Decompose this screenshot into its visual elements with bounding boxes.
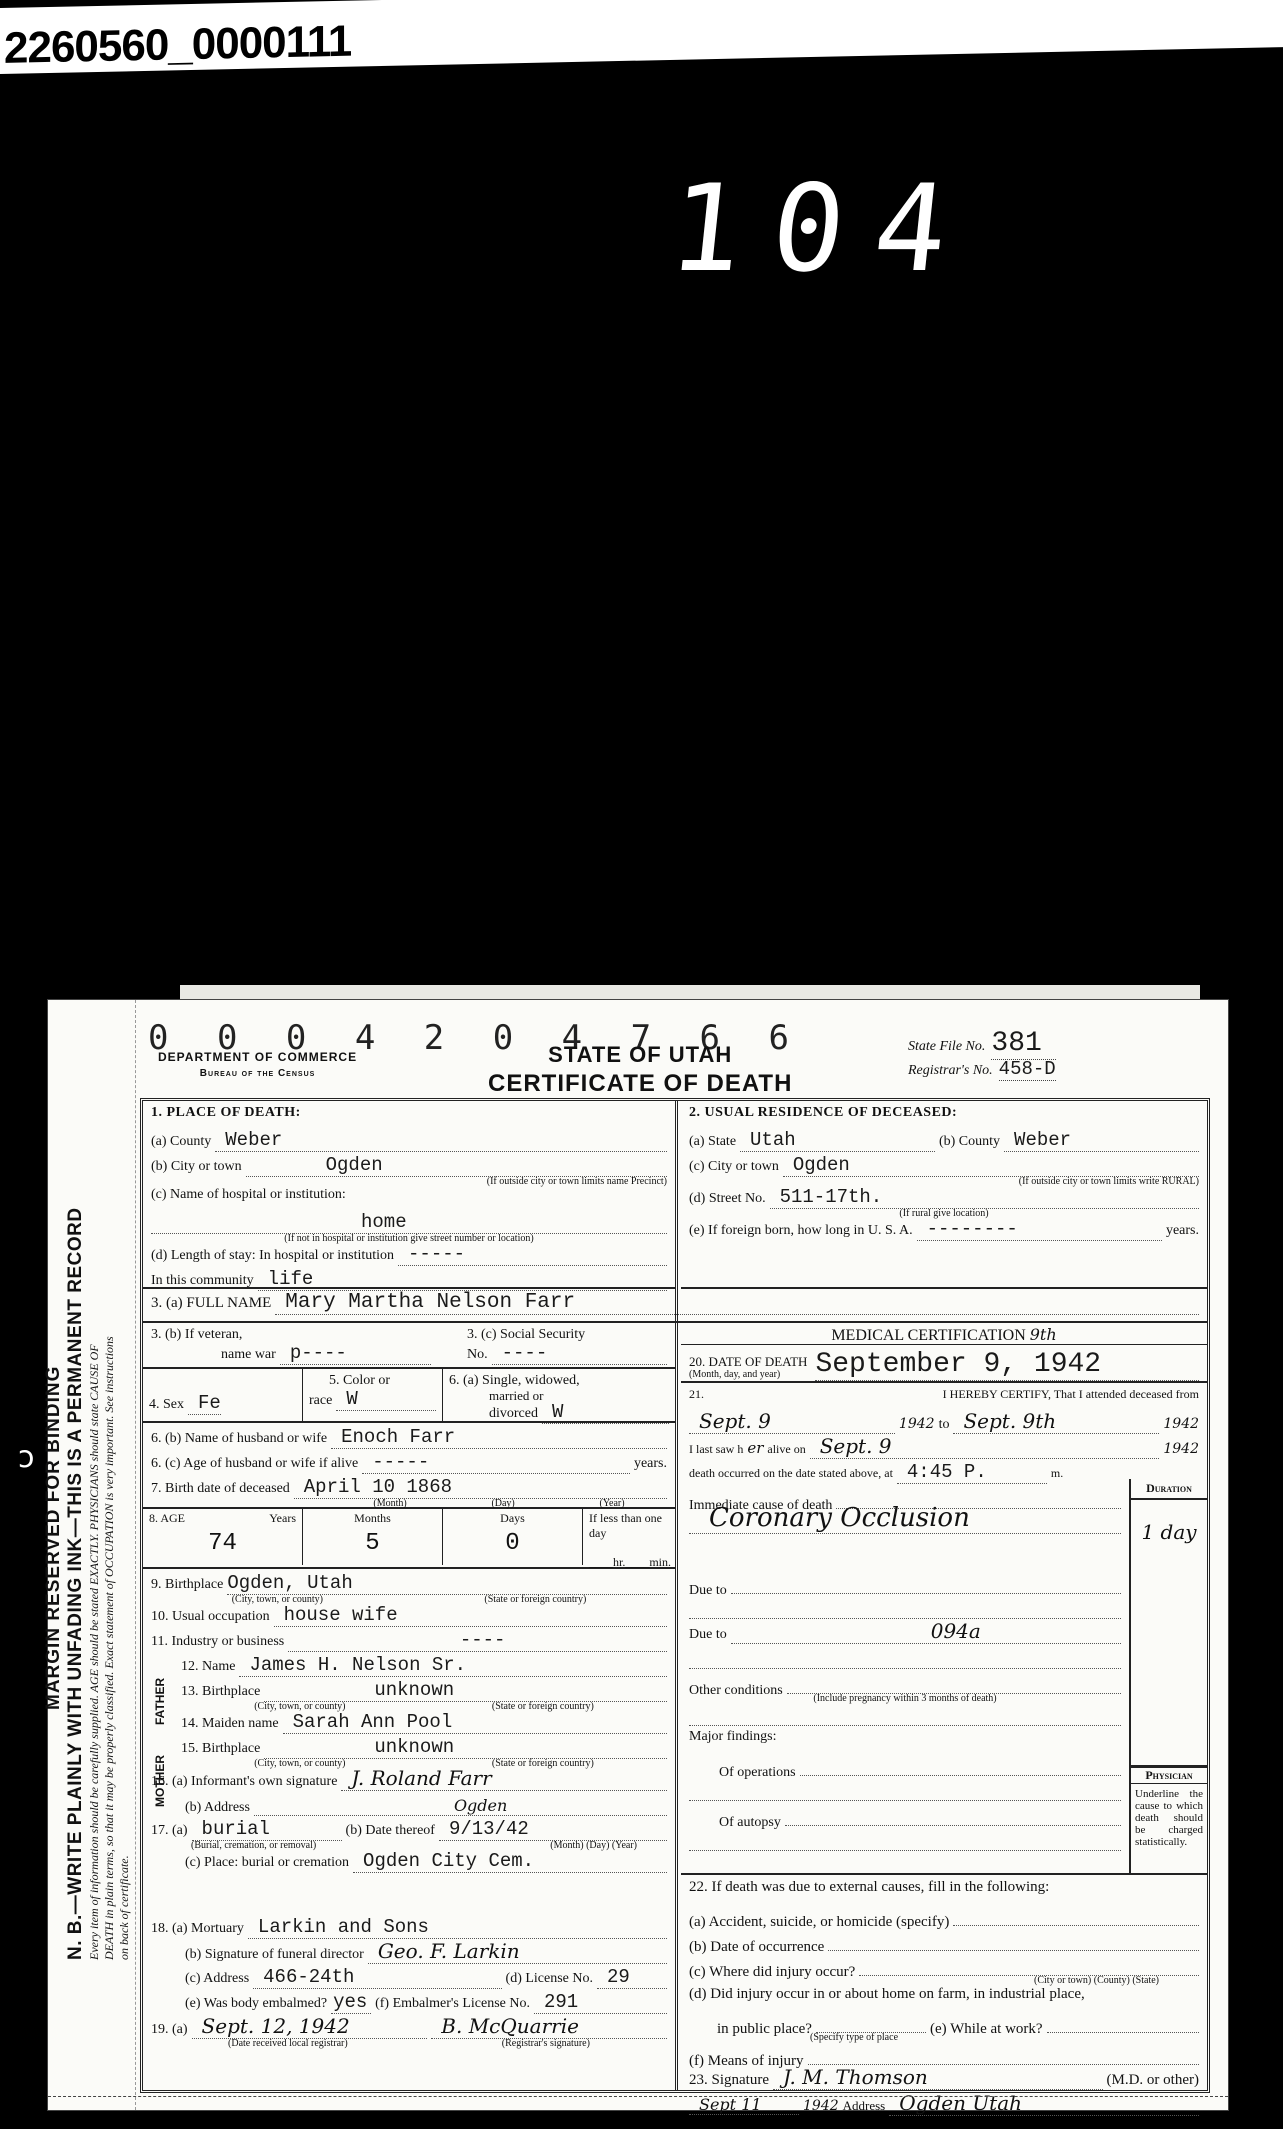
- disposition-date: 9/13/42: [449, 1818, 529, 1840]
- signature-label: 23. Signature: [689, 2072, 769, 2089]
- death-hospital: home: [361, 1211, 407, 1233]
- res-county: Weber: [1014, 1129, 1071, 1151]
- title-block: STATE OF UTAH CERTIFICATE OF DEATH: [488, 1042, 792, 1098]
- spouse-age-unit: years.: [634, 1456, 667, 1472]
- city-note: (If outside city or town limits name Pre…: [151, 1176, 667, 1187]
- embalmed: yes: [333, 1991, 367, 2013]
- cause-code: 094a: [931, 1619, 981, 1643]
- license-label: (d) License No.: [506, 1971, 593, 1987]
- attended-to-label: to: [939, 1417, 950, 1433]
- director-signature: Geo. F. Larkin: [378, 1939, 520, 1963]
- cause-duration: 1 day: [1131, 1520, 1207, 1544]
- death-city: Ogden: [326, 1154, 383, 1176]
- other-conditions-label: Other conditions: [689, 1683, 783, 1699]
- due-to-2-label: Due to: [689, 1627, 727, 1643]
- embalmed-label: (e) Was body embalmed?: [185, 1996, 327, 2012]
- signature-suffix: (M.D. or other): [1107, 2072, 1199, 2089]
- age-less-label: If less than one day: [589, 1511, 671, 1541]
- certify-text: I HEREBY CERTIFY, That I attended deceas…: [943, 1387, 1199, 1402]
- right-column: 2. USUAL RESIDENCE OF DECEASED: (a) Stat…: [681, 1101, 1207, 2090]
- attended-from-year: 1942: [899, 1416, 935, 1432]
- sex-label: 4. Sex: [149, 1397, 184, 1413]
- registrar-label: Registrar's No.: [908, 1063, 993, 1079]
- age-label: 8. AGE: [149, 1511, 185, 1526]
- full-name-label: 3. (a) FULL NAME: [151, 1295, 271, 1312]
- immediate-cause: Coronary Occlusion: [709, 1503, 970, 1533]
- medical-heading-row: MEDICAL CERTIFICATION 9th: [681, 1323, 1207, 1345]
- external-e: (e) While at work?: [930, 2021, 1043, 2038]
- margin-line-4: DEATH in plain terms, so that it may be …: [102, 1020, 117, 2040]
- veteran-sub: name war: [221, 1347, 276, 1363]
- external-d: (d) Did injury occur in or about home on…: [689, 1986, 1085, 2003]
- res-county-label: (b) County: [939, 1134, 1000, 1150]
- embalmer-license: 291: [544, 1991, 578, 2013]
- stay-community: life: [268, 1268, 314, 1290]
- informant-signature: J. Roland Farr: [351, 1766, 491, 1790]
- foreign-years: --------: [927, 1218, 1018, 1240]
- race-label: race: [309, 1393, 332, 1409]
- occupation-label: 10. Usual occupation: [151, 1609, 270, 1625]
- ss-label: 3. (c) Social Security: [467, 1327, 667, 1343]
- death-certificate: MARGIN RESERVED FOR BINDING N. B.—WRITE …: [48, 1000, 1228, 2110]
- disposition: burial: [202, 1818, 270, 1840]
- physician-signature: J. M. Thomson: [783, 2065, 928, 2089]
- res-street-label: (d) Street No.: [689, 1191, 766, 1207]
- received-date: Sept. 12, 1942: [202, 2014, 350, 2038]
- physician-head: Physician: [1131, 1765, 1207, 1784]
- last-saw-year: 1942: [1163, 1441, 1199, 1457]
- mother-side-label: MOTHER: [153, 1755, 167, 1807]
- foreign-unit: years.: [1166, 1223, 1199, 1239]
- last-saw-label: I last saw h: [689, 1442, 743, 1457]
- license-no: 29: [607, 1966, 630, 1988]
- father-birthplace: unknown: [374, 1679, 454, 1701]
- death-date-sub: (Month, day, and year): [689, 1368, 807, 1381]
- residence-heading: 2. USUAL RESIDENCE OF DECEASED:: [689, 1105, 1199, 1130]
- cause-section: 21.I HEREBY CERTIFY, That I attended dec…: [681, 1383, 1207, 1913]
- veteran-label: 3. (b) If veteran,: [151, 1327, 431, 1343]
- left-column: 1. PLACE OF DEATH: (a) CountyWeber (b) C…: [143, 1101, 678, 2090]
- informant-address: Ogden: [454, 1796, 507, 1815]
- death-date: September 9, 1942: [815, 1349, 1101, 1380]
- mother-name: Sarah Ann Pool: [293, 1711, 453, 1733]
- occupation: house wife: [284, 1604, 398, 1626]
- age-months-label: Months: [354, 1511, 391, 1526]
- state-file-value: 381: [991, 1028, 1041, 1059]
- file-numbers: State File No.381 Registrar's No.458-D: [908, 1028, 1056, 1088]
- margin-line-2: N. B.—WRITE PLAINLY WITH UNFADING INK—TH…: [65, 1020, 87, 2040]
- age-years-label: Years: [269, 1511, 296, 1526]
- registrar-note: (Registrar's signature): [502, 2038, 590, 2049]
- hr-label: hr.: [613, 1555, 625, 1569]
- death-date-label: 20. DATE OF DEATH: [689, 1355, 807, 1368]
- last-saw-date: Sept. 9: [820, 1434, 892, 1458]
- stray-mark: ↄ: [18, 1440, 34, 1475]
- funeral-address: 466-24th: [263, 1966, 354, 1988]
- page-number: 104: [663, 160, 984, 299]
- birth-note-day: (Day): [491, 1498, 514, 1509]
- residence-section: 2. USUAL RESIDENCE OF DECEASED: (a) Stat…: [681, 1101, 1207, 1289]
- father-birth-label: 13. Birthplace: [181, 1684, 260, 1700]
- physician-note-box: Physician Underline the cause to which d…: [1129, 1765, 1207, 1875]
- burial-place: Ogden City Cem.: [363, 1850, 534, 1872]
- image-id: 2260560_0000111: [4, 17, 351, 74]
- spouse-name: Enoch Farr: [341, 1426, 455, 1448]
- sex-value: Fe: [198, 1392, 221, 1414]
- margin-instructions: MARGIN RESERVED FOR BINDING N. B.—WRITE …: [43, 1020, 132, 2040]
- age-years: 74: [149, 1530, 296, 1557]
- time-suffix: m.: [1051, 1466, 1063, 1481]
- spouse-age: -----: [372, 1451, 429, 1473]
- mother-birth-label: 15. Birthplace: [181, 1741, 260, 1757]
- res-city-note: (If outside city or town limits write RU…: [689, 1176, 1199, 1187]
- father-name: James H. Nelson Sr.: [249, 1654, 466, 1676]
- mother-place-note1: (City, town, or county): [254, 1758, 345, 1769]
- res-state-label: (a) State: [689, 1134, 736, 1150]
- county-label: (a) County: [151, 1134, 211, 1150]
- race-value: W: [346, 1388, 357, 1410]
- industry: ----: [460, 1629, 506, 1651]
- res-city: Ogden: [793, 1154, 850, 1176]
- attended-from: Sept. 9: [699, 1409, 771, 1433]
- received-label: 19. (a): [151, 2022, 188, 2038]
- last-saw-pronoun: er: [747, 1439, 763, 1457]
- date-note: (Month) (Day) (Year): [550, 1840, 637, 1851]
- hospital-label: (c) Name of hospital or institution:: [151, 1187, 346, 1203]
- color-label: 5. Color or: [309, 1373, 436, 1389]
- res-state: Utah: [750, 1129, 796, 1151]
- disposition-label: 17. (a): [151, 1823, 188, 1839]
- death-date-row: 20. DATE OF DEATH(Month, day, and year) …: [681, 1345, 1207, 1383]
- spouse-label: 6. (b) Name of husband or wife: [151, 1431, 327, 1447]
- age-days: 0: [449, 1530, 576, 1557]
- birth-note-year: (Year): [600, 1498, 625, 1509]
- bureau-name: Bureau of the Census: [158, 1068, 357, 1079]
- birthplace-note2: (State or foreign country): [484, 1594, 586, 1605]
- binding-margin: MARGIN RESERVED FOR BINDING N. B.—WRITE …: [48, 1000, 136, 2110]
- external-causes-section: 22. If death was due to external causes,…: [681, 1873, 1207, 2095]
- funeral-address-label: (c) Address: [185, 1971, 249, 1987]
- certificate-title: CERTIFICATE OF DEATH: [488, 1070, 792, 1098]
- mother-birthplace: unknown: [374, 1736, 454, 1758]
- place-of-death-section: 1. PLACE OF DEATH: (a) CountyWeber (b) C…: [143, 1101, 675, 1289]
- registrar-signature: B. McQuarrie: [441, 2014, 579, 2038]
- registrar-value: 458-D: [999, 1058, 1056, 1080]
- certify-label: 21.: [689, 1387, 704, 1402]
- scan-image-label: 2260560_0000111: [0, 0, 1283, 74]
- stay-label: (d) Length of stay: In hospital or insti…: [151, 1248, 394, 1264]
- certificate-form: 1. PLACE OF DEATH: (a) CountyWeber (b) C…: [140, 1098, 1210, 2093]
- physician-note: Underline the cause to which death shoul…: [1131, 1784, 1207, 1852]
- industry-label: 11. Industry or business: [151, 1634, 284, 1650]
- informant-sig-label: 16. (a) Informant's own signature: [151, 1774, 337, 1790]
- min-label: min.: [649, 1555, 671, 1569]
- veteran-value: p----: [290, 1342, 347, 1364]
- burial-place-label: (c) Place: burial or cremation: [185, 1855, 349, 1871]
- place-of-death-heading: 1. PLACE OF DEATH:: [151, 1105, 667, 1130]
- mortuary: Larkin and Sons: [258, 1916, 429, 1938]
- disposition-date-label: (b) Date thereof: [346, 1823, 435, 1839]
- director-label: (b) Signature of funeral director: [185, 1947, 364, 1963]
- age-months: 5: [309, 1530, 436, 1557]
- spouse-birth-section: 6. (b) Name of husband or wifeEnoch Farr…: [143, 1423, 675, 1509]
- state-file-label: State File No.: [908, 1039, 985, 1055]
- birth-date: April 10 1868: [304, 1476, 452, 1498]
- medical-heading: MEDICAL CERTIFICATION: [831, 1327, 1025, 1344]
- last-saw-alive: alive on: [767, 1442, 805, 1457]
- birth-label: 7. Birth date of deceased: [151, 1481, 290, 1497]
- spouse-age-label: 6. (c) Age of husband or wife if alive: [151, 1456, 358, 1472]
- stay-hospital: -----: [408, 1243, 465, 1265]
- duration-label: Duration: [1131, 1479, 1207, 1500]
- major-findings-label: Major findings:: [689, 1729, 777, 1745]
- margin-line-1: MARGIN RESERVED FOR BINDING: [43, 1020, 65, 2040]
- occurred-label: death occurred on the date stated above,…: [689, 1466, 893, 1481]
- background-section: 9. BirthplaceOgden, Utah (City, town, or…: [143, 1569, 675, 1913]
- external-heading: 22. If death was due to external causes,…: [689, 1879, 1049, 1896]
- res-street: 511-17th.: [780, 1186, 883, 1208]
- attended-to: Sept. 9th: [963, 1409, 1056, 1433]
- father-place-note2: (State or foreign country): [492, 1701, 594, 1712]
- margin-line-5: on back of certificate.: [117, 1020, 132, 2040]
- external-b: (b) Date of occurrence: [689, 1939, 824, 1956]
- external-d2: in public place?: [717, 2021, 812, 2038]
- mortuary-label: 18. (a) Mortuary: [151, 1921, 244, 1937]
- disposition-note: (Burial, cremation, or removal): [191, 1840, 316, 1851]
- received-note: (Date received local registrar): [228, 2038, 348, 2049]
- community-label: In this community: [151, 1273, 254, 1289]
- death-time: 4:45 P.: [907, 1461, 987, 1483]
- ss-value: ----: [502, 1342, 548, 1364]
- state-title: STATE OF UTAH: [488, 1042, 792, 1068]
- perforated-edge: [48, 2096, 1228, 2110]
- father-name-label: 12. Name: [181, 1659, 235, 1675]
- birthplace-label: 9. Birthplace: [151, 1577, 223, 1593]
- father-side-label: FATHER: [153, 1678, 167, 1725]
- age-row: 8. AGEYears74 Months5 Days0 If less than…: [143, 1509, 675, 1569]
- mother-place-note2: (State or foreign country): [492, 1758, 594, 1769]
- age-days-label: Days: [500, 1511, 525, 1526]
- birth-note-month: (Month): [373, 1498, 406, 1509]
- department-name: DEPARTMENT OF COMMERCE: [158, 1050, 357, 1064]
- external-c: (c) Where did injury occur?: [689, 1964, 855, 1981]
- medical-annotation: 9th: [1030, 1325, 1057, 1344]
- foreign-label: (e) If foreign born, how long in U. S. A…: [689, 1223, 913, 1239]
- death-county: Weber: [225, 1129, 282, 1151]
- embalmer-label: (f) Embalmer's License No.: [375, 1996, 530, 2012]
- department-block: DEPARTMENT OF COMMERCE Bureau of the Cen…: [158, 1050, 357, 1079]
- birthplace: Ogden, Utah: [227, 1572, 352, 1594]
- ss-sub: No.: [467, 1347, 488, 1363]
- duration-column: Duration 1 day: [1129, 1479, 1207, 1765]
- marital-label: 6. (a) Single, widowed,: [449, 1373, 669, 1389]
- veteran-row: 3. (b) If veteran, name warp---- 3. (c) …: [143, 1323, 675, 1369]
- marital-sub2: divorced: [489, 1406, 538, 1422]
- marital-value: W: [552, 1401, 563, 1423]
- sex-race-marital-row: 4. SexFe 5. Color or raceW 6. (a) Single…: [143, 1369, 675, 1423]
- mother-name-label: 14. Maiden name: [181, 1716, 279, 1732]
- res-city-label: (c) City or town: [689, 1159, 779, 1175]
- attended-to-year: 1942: [1163, 1416, 1199, 1432]
- margin-line-3: Every item of information should be care…: [87, 1020, 102, 2040]
- funeral-section: 18. (a) MortuaryLarkin and Sons (b) Sign…: [143, 1913, 675, 2093]
- full-name: Mary Martha Nelson Farr: [285, 1291, 575, 1314]
- city-label: (b) City or town: [151, 1159, 242, 1175]
- informant-address-label: (b) Address: [185, 1800, 250, 1816]
